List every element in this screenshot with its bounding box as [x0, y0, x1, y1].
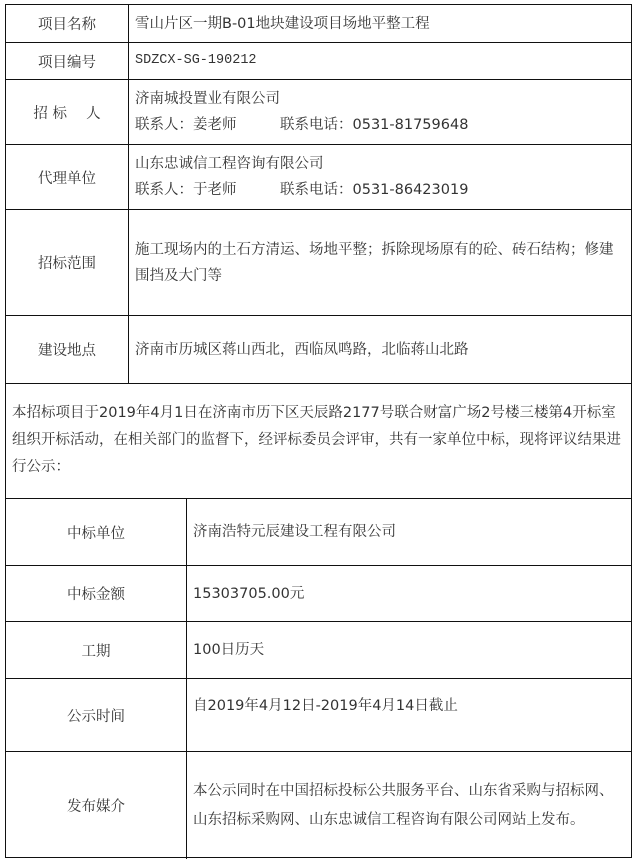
- label-publicity-period: 公示时间: [6, 679, 187, 751]
- row-agency: 代理单位 山东忠诚信工程咨询有限公司 联系人：于老师 联系电话：0531-864…: [6, 145, 631, 210]
- label-winning-bidder: 中标单位: [6, 499, 187, 565]
- tenderer-contact: 联系人：姜老师 联系电话：0531-81759648: [135, 112, 631, 138]
- agency-company: 山东忠诚信工程咨询有限公司: [135, 151, 631, 177]
- value-winning-bidder: 济南浩特元辰建设工程有限公司: [187, 499, 631, 565]
- row-tender-scope: 招标范围 施工现场内的土石方清运、场地平整；拆除现场原有的砼、砖石结构；修建围挡…: [6, 210, 631, 316]
- label-tenderer: 招 标 人: [6, 80, 129, 144]
- label-project-name: 项目名称: [6, 5, 129, 42]
- row-project-name: 项目名称 雪山片区一期B-01地块建设项目场地平整工程: [6, 5, 631, 43]
- row-project-code: 项目编号 SDZCX-SG-190212: [6, 43, 631, 80]
- tender-scope-text: 施工现场内的土石方清运、场地平整；拆除现场原有的砼、砖石结构；修建围挡及大门等: [135, 237, 623, 289]
- value-agency: 山东忠诚信工程咨询有限公司 联系人：于老师 联系电话：0531-86423019: [129, 145, 631, 209]
- value-tender-scope: 施工现场内的土石方清运、场地平整；拆除现场原有的砼、砖石结构；修建围挡及大门等: [129, 210, 631, 315]
- value-publicity-period: 自2019年4月12日-2019年4月14日截止: [187, 679, 631, 751]
- value-tenderer: 济南城投置业有限公司 联系人：姜老师 联系电话：0531-81759648: [129, 80, 631, 144]
- winning-amount-text: 15303705.00元: [193, 581, 625, 607]
- tenderer-company: 济南城投置业有限公司: [135, 86, 631, 112]
- label-duration: 工期: [6, 622, 187, 678]
- label-agency: 代理单位: [6, 145, 129, 209]
- winning-bidder-text: 济南浩特元辰建设工程有限公司: [193, 519, 625, 545]
- row-winning-amount: 中标金额 15303705.00元: [6, 566, 631, 622]
- label-publishing-media: 发布媒介: [6, 752, 187, 859]
- label-project-code: 项目编号: [6, 43, 129, 79]
- row-location: 建设地点 济南市历城区蒋山西北，西临凤鸣路，北临蒋山北路: [6, 316, 631, 384]
- value-project-name: 雪山片区一期B-01地块建设项目场地平整工程: [129, 5, 631, 42]
- value-location: 济南市历城区蒋山西北，西临凤鸣路，北临蒋山北路: [129, 316, 631, 383]
- value-publishing-media: 本公示同时在中国招标投标公共服务平台、山东省采购与招标网、山东招标采购网、山东忠…: [187, 752, 631, 859]
- label-winning-amount: 中标金额: [6, 566, 187, 621]
- row-publishing-media: 发布媒介 本公示同时在中国招标投标公共服务平台、山东省采购与招标网、山东招标采购…: [6, 752, 631, 859]
- row-publicity-period: 公示时间 自2019年4月12日-2019年4月14日截止: [6, 679, 631, 752]
- duration-text: 100日历天: [193, 637, 625, 663]
- row-winning-bidder: 中标单位 济南浩特元辰建设工程有限公司: [6, 499, 631, 566]
- publishing-media-text: 本公示同时在中国招标投标公共服务平台、山东省采购与招标网、山东招标采购网、山东忠…: [193, 777, 625, 835]
- agency-contact: 联系人：于老师 联系电话：0531-86423019: [135, 177, 631, 203]
- location-text: 济南市历城区蒋山西北，西临凤鸣路，北临蒋山北路: [135, 337, 631, 363]
- announcement-paragraph: 本招标项目于2019年4月1日在济南市历下区天辰路2177号联合财富广场2号楼三…: [6, 384, 631, 499]
- row-duration: 工期 100日历天: [6, 622, 631, 679]
- value-winning-amount: 15303705.00元: [187, 566, 631, 621]
- label-location: 建设地点: [6, 316, 129, 383]
- value-duration: 100日历天: [187, 622, 631, 678]
- tender-result-table: 项目名称 雪山片区一期B-01地块建设项目场地平整工程 项目编号 SDZCX-S…: [5, 4, 632, 858]
- row-tenderer: 招 标 人 济南城投置业有限公司 联系人：姜老师 联系电话：0531-81759…: [6, 80, 631, 145]
- project-name-text: 雪山片区一期B-01地块建设项目场地平整工程: [135, 11, 631, 37]
- publicity-period-text: 自2019年4月12日-2019年4月14日截止: [193, 693, 625, 719]
- label-tender-scope: 招标范围: [6, 210, 129, 315]
- value-project-code: SDZCX-SG-190212: [129, 43, 631, 79]
- project-code-text: SDZCX-SG-190212: [135, 48, 631, 74]
